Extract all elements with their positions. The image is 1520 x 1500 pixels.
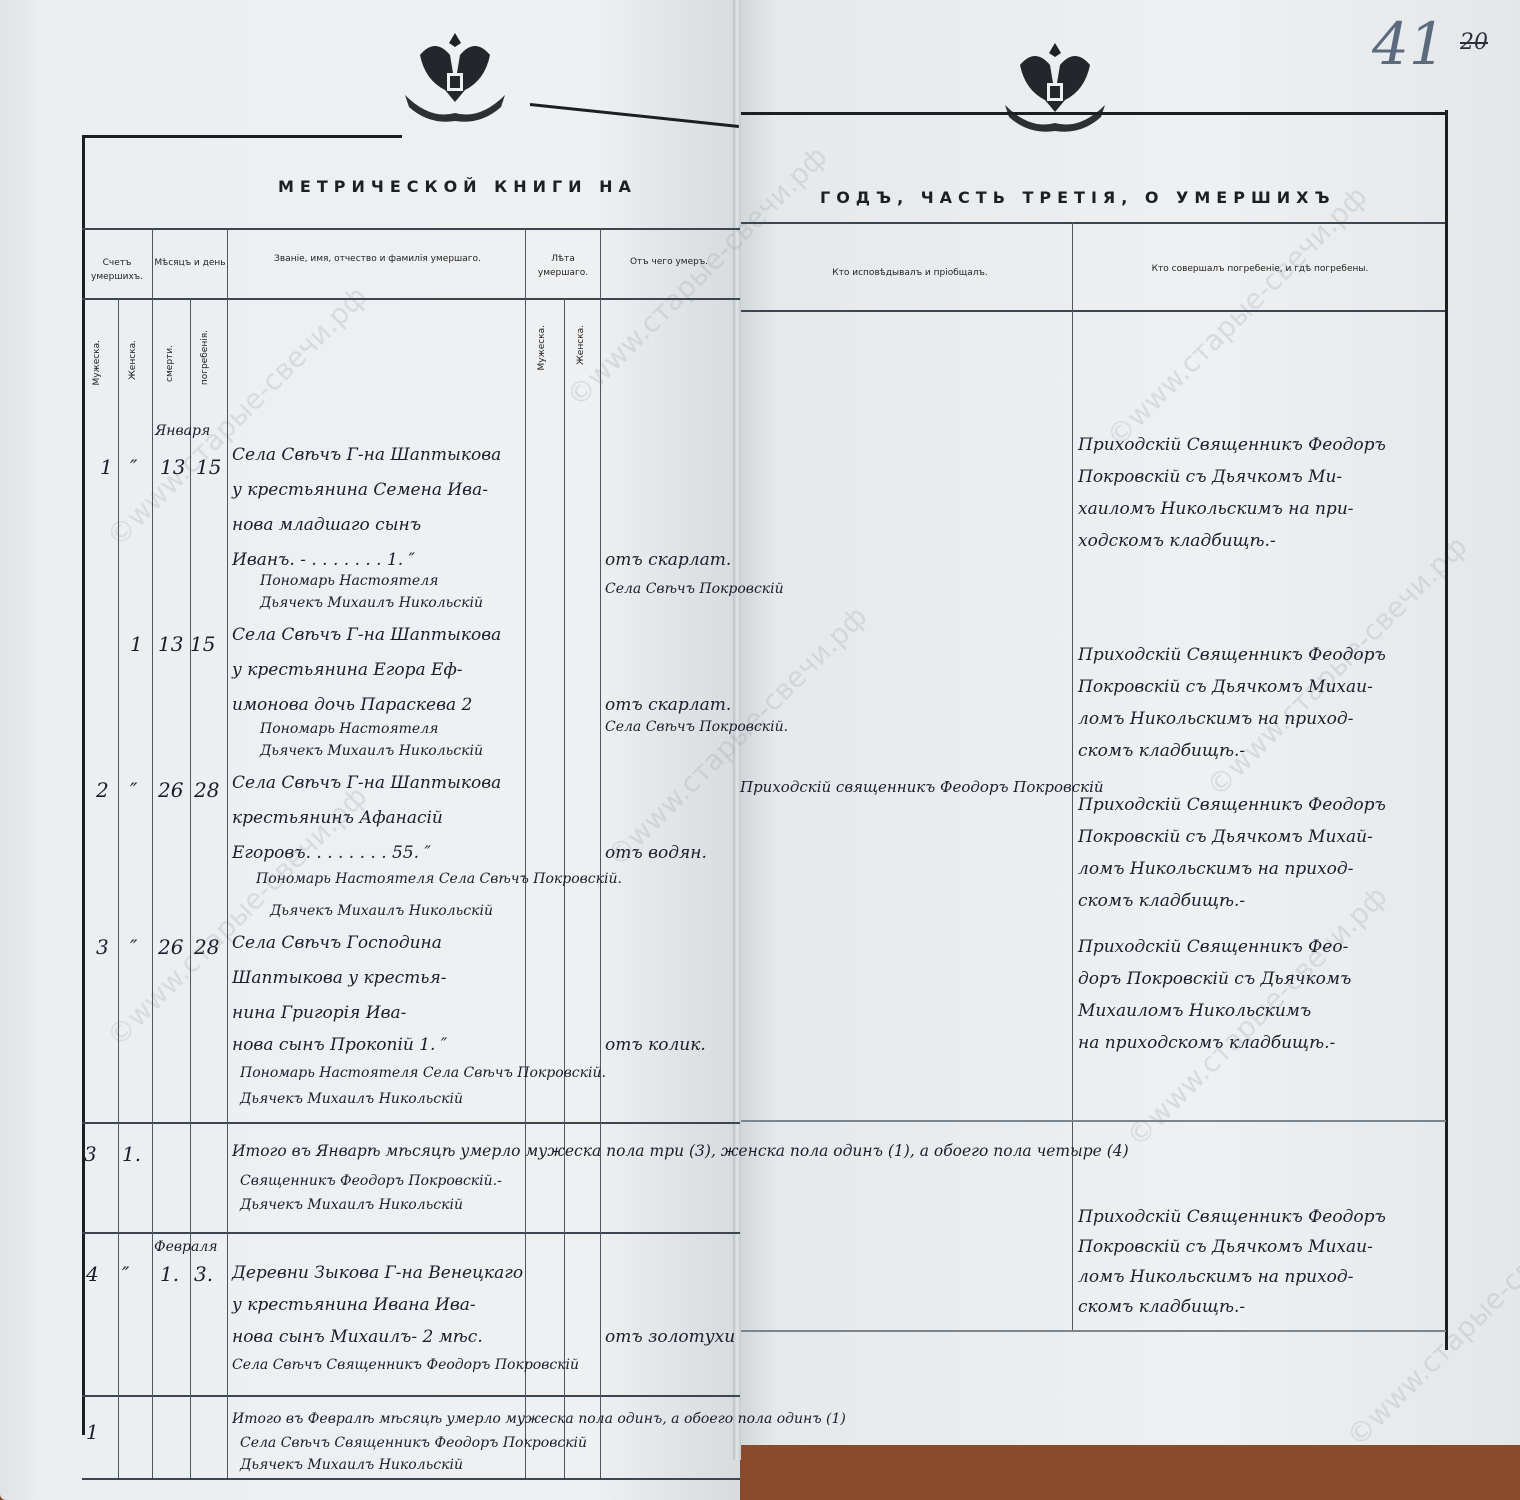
column-rule (152, 228, 153, 1478)
february-summary: Итого въ Февралѣ мѣсяцѣ умерло мужеска п… (232, 1404, 846, 1434)
entry-5-burial: Покровскій съ Дьячкомъ Михаи- (1078, 1232, 1373, 1262)
entry-4-burial: на приходскомъ кладбищѣ.- (1078, 1028, 1335, 1058)
entry-1-count-female: ″ (130, 455, 137, 479)
header-count-female: Женска. (128, 340, 138, 380)
entry-1-cause: отъ скарлат. (605, 545, 731, 575)
entry-1-burial: хаиломъ Никольскимъ на при- (1078, 494, 1354, 524)
entry-3-death-day: 26 (158, 778, 183, 802)
page-number-pencil: 41 (1372, 10, 1446, 78)
header-rule (82, 228, 740, 230)
entry-4-burial: доръ Покровскій съ Дьячкомъ (1078, 964, 1351, 994)
column-rule (525, 228, 526, 1478)
entry-3-burial: Покровскій съ Дьячкомъ Михай- (1078, 822, 1373, 852)
entry-5-month: Февраля (154, 1236, 218, 1258)
header-burial: погребенія. (200, 330, 210, 385)
double-headed-eagle-crest-icon (1000, 35, 1110, 135)
entry-3-name: Егоровъ. . . . . . . . 55. ″ (232, 838, 431, 868)
january-summary-signature: Священникъ Феодоръ Покровскій.- (240, 1170, 502, 1192)
entry-4-burial-day: 28 (194, 935, 219, 959)
page-number-ink: 20 (1460, 30, 1488, 55)
entry-2-burial: скомъ кладбищѣ.- (1078, 736, 1245, 766)
february-summary-signature: Дьячекъ Михаилъ Никольскій (240, 1454, 463, 1476)
table-border (82, 135, 85, 1435)
row-rule (82, 1478, 740, 1480)
row-rule (82, 1395, 740, 1397)
header-cause: Отъ чего умеръ. (604, 255, 734, 269)
row-rule (741, 1330, 1446, 1332)
entry-5-death-day: 1. (160, 1262, 179, 1286)
january-total-female: 1. (122, 1142, 141, 1166)
february-summary-signature: Села Свѣчъ Священникъ Феодоръ Покровскій (240, 1432, 587, 1454)
header-age-female: Женска. (576, 325, 586, 365)
entry-4-name: Шаптыкова у крестья- (232, 963, 447, 993)
entry-3-burial: скомъ кладбищѣ.- (1078, 886, 1245, 916)
entry-1-burial: Приходскій Священникъ Феодоръ (1078, 430, 1386, 460)
left-page-title: МЕТРИЧЕСКОЙ КНИГИ НА (278, 177, 637, 196)
row-rule (82, 1232, 740, 1234)
header-burial-by: Кто совершалъ погребеніе, и гдѣ погребен… (1080, 262, 1440, 276)
entry-2-burial: ломъ Никольскимъ на приход- (1078, 704, 1353, 734)
header-count: Счетъ умершихъ. (84, 256, 150, 284)
entry-1-witness: Пономарь Настоятеля (260, 570, 438, 592)
header-name: Званіе, имя, отчество и фамилія умершаго… (235, 252, 520, 266)
column-rule (190, 298, 191, 1478)
table-border (1445, 110, 1448, 1350)
entry-3-count-male: 2 (96, 778, 109, 802)
header-month-day: Мѣсяцъ и день (153, 256, 227, 270)
table-border (82, 135, 402, 138)
header-rule (741, 310, 1446, 312)
entry-1-name: нова младшаго сынъ (232, 510, 421, 540)
entry-2-witness: Пономарь Настоятеля (260, 718, 438, 740)
entry-4-witness: Дьячекъ Михаилъ Никольскій (240, 1088, 463, 1110)
header-age-male: Мужеска. (537, 325, 547, 371)
entry-3-confessor: Приходскій священникъ Феодоръ Покровскій (740, 772, 1104, 802)
entry-3-name: Села Свѣчъ Г-на Шаптыкова (232, 768, 501, 798)
entry-2-name: у крестьянина Егора Еф- (232, 655, 463, 685)
entry-3-witness: Пономарь Настоятеля Села Свѣчъ Покровскі… (256, 868, 622, 890)
entry-5-burial: Приходскій Священникъ Феодоръ (1078, 1202, 1386, 1232)
entry-2-confessor: Села Свѣчъ Покровскій. (605, 716, 788, 738)
entry-2-count-female: 1 (130, 632, 143, 656)
entry-5-name: нова сынъ Михаилъ- 2 мѣс. (232, 1322, 483, 1352)
header-rule (741, 222, 1446, 224)
column-rule (118, 298, 119, 1478)
entry-2-burial: Приходскій Священникъ Феодоръ (1078, 640, 1386, 670)
entry-4-burial: Михаиломъ Никольскимъ (1078, 996, 1311, 1026)
entry-1-month: Января (155, 420, 210, 442)
header-confessor: Кто исповѣдывалъ и пріобщалъ. (760, 266, 1060, 280)
entry-3-witness: Дьячекъ Михаилъ Никольскій (270, 900, 493, 922)
entry-1-name: у крестьянина Семена Ива- (232, 475, 488, 505)
entry-1-death-day: 13 (160, 455, 185, 479)
column-rule (227, 228, 228, 1478)
entry-1-burial: ходскомъ кладбищѣ.- (1078, 526, 1276, 556)
entry-2-name: Села Свѣчъ Г-на Шаптыкова (232, 620, 501, 650)
entry-5-name: у крестьянина Ивана Ива- (232, 1290, 476, 1320)
entry-2-burial: Покровскій съ Дьячкомъ Михаи- (1078, 672, 1373, 702)
entry-5-count-male: 4 (86, 1262, 99, 1286)
header-count-male: Мужеска. (92, 340, 102, 386)
entry-1-burial-day: 15 (196, 455, 221, 479)
entry-5-count-female: ″ (122, 1262, 129, 1286)
entry-4-count-female: ″ (130, 935, 137, 959)
entry-1-burial: Покровскій съ Дьячкомъ Ми- (1078, 462, 1342, 492)
entry-4-name: Села Свѣчъ Господина (232, 928, 442, 958)
entry-3-burial: Приходскій Священникъ Феодоръ (1078, 790, 1386, 820)
entry-5-burial: ломъ Никольскимъ на приход- (1078, 1262, 1353, 1292)
february-total-male: 1 (86, 1420, 99, 1444)
header-rule (82, 298, 740, 300)
entry-2-death-day: 13 (158, 632, 183, 656)
header-death: смерти. (165, 345, 175, 382)
column-rule (600, 228, 601, 1478)
entry-3-name: крестьянинъ Афанасій (232, 803, 443, 833)
entry-4-name: нова сынъ Прокопій 1. ″ (232, 1030, 447, 1060)
entry-1-confessor: Села Свѣчъ Покровскій (605, 578, 784, 600)
entry-2-burial-day: 15 (190, 632, 215, 656)
row-rule (741, 1120, 1446, 1122)
entry-4-count-male: 3 (96, 935, 109, 959)
entry-4-witness: Пономарь Настоятеля Села Свѣчъ Покровскі… (240, 1062, 606, 1084)
january-summary: Итого въ Январѣ мѣсяцѣ умерло мужеска по… (232, 1136, 1129, 1166)
entry-5-name: Деревни Зыкова Г-на Венецкаго (232, 1258, 523, 1288)
entry-2-witness: Дьячекъ Михаилъ Никольскій (260, 740, 483, 762)
right-page-title: ГОДЪ, ЧАСТЬ ТРЕТІЯ, О УМЕРШИХЪ (820, 188, 1335, 207)
entry-2-name: имонова дочь Параскева 2 (232, 690, 472, 720)
entry-5-burial-day: 3. (194, 1262, 213, 1286)
entry-3-cause: отъ водян. (605, 838, 707, 868)
entry-4-name: нина Григорія Ива- (232, 998, 406, 1028)
entry-4-burial: Приходскій Священникъ Фео- (1078, 932, 1348, 962)
table-border (741, 112, 1446, 115)
january-total-male: 3 (84, 1142, 97, 1166)
entry-3-count-female: ″ (130, 778, 137, 802)
january-summary-signature: Дьячекъ Михаилъ Никольскій (240, 1194, 463, 1216)
entry-4-death-day: 26 (158, 935, 183, 959)
entry-1-name: Села Свѣчъ Г-на Шаптыкова (232, 440, 501, 470)
entry-1-count-male: 1 (100, 455, 113, 479)
entry-3-burial-day: 28 (194, 778, 219, 802)
entry-5-witness: Села Свѣчъ Священникъ Феодоръ Покровскій (232, 1354, 579, 1376)
entry-5-burial: скомъ кладбищѣ.- (1078, 1292, 1245, 1322)
double-headed-eagle-crest-icon (400, 25, 510, 125)
entry-1-witness: Дьячекъ Михаилъ Никольскій (260, 592, 483, 614)
entry-5-cause: отъ золотухи (605, 1322, 735, 1352)
header-age: Лѣта умершаго. (526, 252, 600, 280)
row-rule (82, 1122, 740, 1124)
entry-3-burial: ломъ Никольскимъ на приход- (1078, 854, 1353, 884)
entry-4-cause: отъ колик. (605, 1030, 706, 1060)
